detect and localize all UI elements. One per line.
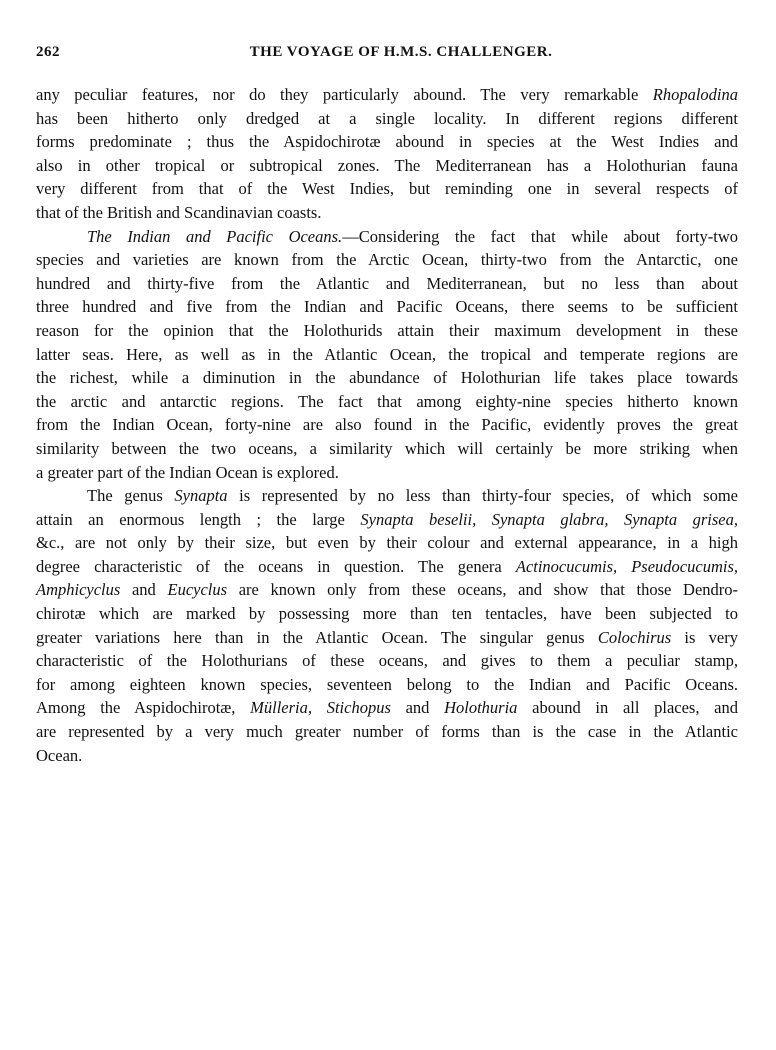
italic-term: Mülleria, Stichopus [250, 698, 391, 717]
text-line: characteristic of the Holothurians of th… [36, 649, 738, 673]
text-line: very different from that of the West Ind… [36, 177, 738, 201]
italic-term: Actinocucumis, Pseudocucumis, [516, 557, 738, 576]
text-line: greater variations here than in the Atla… [36, 626, 738, 650]
text-line: Ocean. [36, 744, 738, 768]
running-title: THE VOYAGE OF H.M.S. CHALLENGER. [36, 44, 736, 61]
text-line: the arctic and antarctic regions. The fa… [36, 390, 738, 414]
italic-term: Colochirus [598, 628, 671, 647]
page-body: any peculiar features, nor do they parti… [36, 83, 738, 767]
text-line: also in other tropical or subtropical zo… [36, 154, 738, 178]
text-line: The genus Synapta is represented by no l… [36, 484, 738, 508]
text-line: Among the Aspidochirotæ, Mülleria, Stich… [36, 696, 738, 720]
text-line: for among eighteen known species, sevent… [36, 673, 738, 697]
text-line: similarity between the two oceans, a sim… [36, 437, 738, 461]
italic-term: Amphicyclus [36, 580, 120, 599]
text-line: chirotæ which are marked by possessing m… [36, 602, 738, 626]
text-line: species and varieties are known from the… [36, 248, 738, 272]
italic-term: The Indian and Pacific Oceans. [87, 227, 342, 246]
italic-term: Synapta [174, 486, 227, 505]
italic-term: Eucyclus [167, 580, 227, 599]
italic-term: Holothuria [444, 698, 517, 717]
paragraph: The Indian and Pacific Oceans.—Consideri… [36, 225, 738, 485]
text-line: any peculiar features, nor do they parti… [36, 83, 738, 107]
paragraph: any peculiar features, nor do they parti… [36, 83, 738, 225]
page-header: 262 THE VOYAGE OF H.M.S. CHALLENGER. [36, 44, 736, 68]
text-line: hundred and thirty-five from the Atlanti… [36, 272, 738, 296]
text-line: The Indian and Pacific Oceans.—Consideri… [36, 225, 738, 249]
text-line: has been hitherto only dredged at a sing… [36, 107, 738, 131]
text-line: forms predominate ; thus the Aspidochiro… [36, 130, 738, 154]
text-line: that of the British and Scandinavian coa… [36, 201, 738, 225]
text-line: a greater part of the Indian Ocean is ex… [36, 461, 738, 485]
text-line: from the Indian Ocean, forty-nine are al… [36, 413, 738, 437]
text-line: reason for the opinion that the Holothur… [36, 319, 738, 343]
text-line: Amphicyclus and Eucyclus are known only … [36, 578, 738, 602]
text-line: degree characteristic of the oceans in q… [36, 555, 738, 579]
text-line: the richest, while a diminution in the a… [36, 366, 738, 390]
book-page: 262 THE VOYAGE OF H.M.S. CHALLENGER. any… [0, 0, 776, 1050]
text-line: latter seas. Here, as well as in the Atl… [36, 343, 738, 367]
italic-term: Synapta beselii, Synapta glabra, Synapta… [360, 510, 738, 529]
text-line: are represented by a very much greater n… [36, 720, 738, 744]
text-line: attain an enormous length ; the large Sy… [36, 508, 738, 532]
italic-term: Rhopalodina [653, 85, 738, 104]
text-line: &c., are not only by their size, but eve… [36, 531, 738, 555]
text-line: three hundred and five from the Indian a… [36, 295, 738, 319]
paragraph: The genus Synapta is represented by no l… [36, 484, 738, 767]
